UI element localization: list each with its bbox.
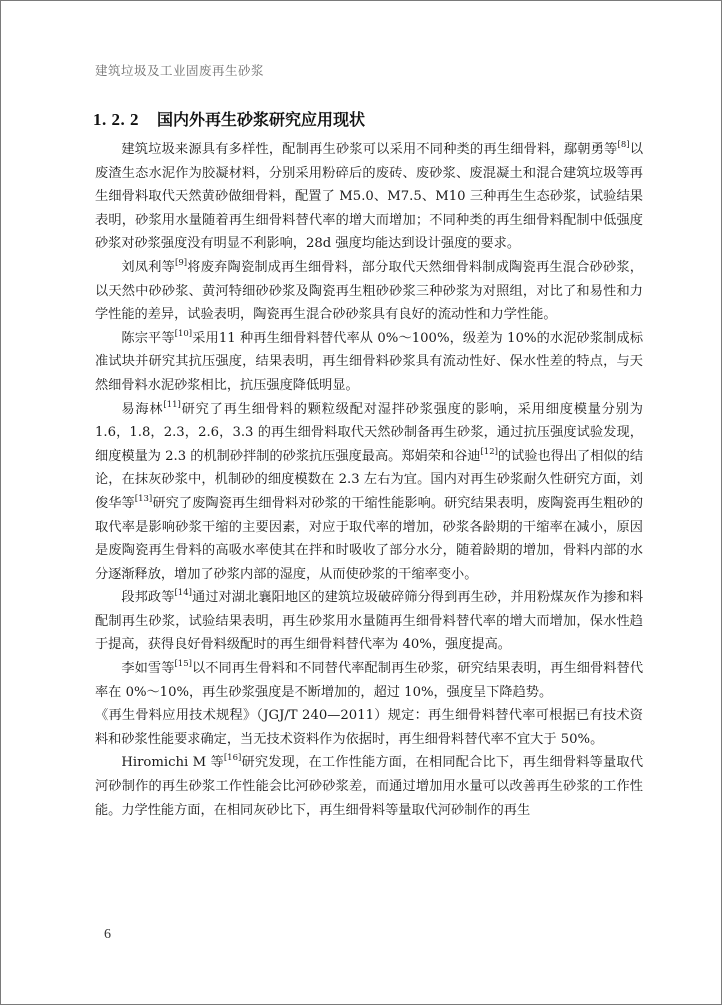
citation-ref: [9] [175, 258, 187, 268]
paragraph-3: 陈宗平等[10]采用11 种再生细骨料替代率从 0%～100%，级差为 10%的… [95, 327, 643, 398]
text-run: 研究了废陶瓷再生细骨料对砂浆的干缩性能影响。研究结果表明，废陶瓷再生粗砂的取代率… [95, 496, 643, 582]
citation-ref: [14] [174, 588, 191, 598]
text-run: 《再生骨料应用技术规程》（JGJ/T 240—2011）规定：再生细骨料替代率可… [95, 708, 643, 747]
paragraph-8: Hiromichi M 等[16]研究发现，在工作性能方面，在相同配合比下，再生… [95, 751, 643, 822]
text-run: Hiromichi M 等 [121, 755, 223, 770]
body-text: 建筑垃圾来源具有多样性，配制再生砂浆可以采用不同种类的再生细骨料，鄢朝勇等[8]… [95, 138, 643, 822]
text-run: 易海林 [121, 402, 163, 417]
paragraph-5: 段邦政等[14]通过对湖北襄阳地区的建筑垃圾破碎筛分得到再生砂，并用粉煤灰作为掺… [95, 586, 643, 657]
citation-ref: [8] [618, 140, 630, 150]
paragraph-standard-note: 《再生骨料应用技术规程》（JGJ/T 240—2011）规定：再生细骨料替代率可… [95, 704, 643, 751]
citation-ref: [13] [135, 494, 152, 504]
citation-ref: [10] [175, 329, 192, 339]
paragraph-2: 刘凤利等[9]将废弃陶瓷制成再生细骨料，部分取代天然细骨料制成陶瓷再生混合砂砂浆… [95, 256, 643, 327]
text-run: 采用11 种再生细骨料替代率从 0%～100%，级差为 10%的水泥砂浆制成标准… [95, 331, 643, 393]
text-run: 刘凤利等 [121, 260, 175, 275]
running-header: 建筑垃圾及工业固废再生砂浆 [95, 61, 264, 79]
citation-ref: [16] [224, 753, 241, 763]
text-run: 将废弃陶瓷制成再生细骨料，部分取代天然细骨料制成陶瓷再生混合砂砂浆，以天然中砂砂… [95, 260, 643, 322]
citation-ref: [15] [174, 659, 191, 669]
section-number: 1. 2. 2 [93, 110, 139, 129]
section-heading: 1. 2. 2国内外再生砂浆研究应用现状 [93, 107, 365, 130]
text-run: 以废渣生态水泥作为胶凝材料，分别采用粉碎后的废砖、废砂浆、废混凝土和混合建筑垃圾… [95, 142, 643, 251]
text-run: 陈宗平等 [121, 331, 174, 346]
text-run: 段邦政等 [121, 590, 174, 605]
section-title-text: 国内外再生砂浆研究应用现状 [157, 110, 365, 129]
paragraph-4: 易海林[11]研究了再生细骨料的颗粒级配对湿拌砂浆强度的影响，采用细度模量分别为… [95, 398, 643, 587]
citation-ref: [11] [163, 400, 180, 410]
page-number: 6 [104, 927, 111, 943]
paragraph-6: 李如雪等[15]以不同再生骨料和不同替代率配制再生砂浆，研究结果表明，再生细骨料… [95, 657, 643, 704]
text-run: 通过对湖北襄阳地区的建筑垃圾破碎筛分得到再生砂，并用粉煤灰作为掺和料配制再生砂浆… [95, 590, 643, 652]
paragraph-1: 建筑垃圾来源具有多样性，配制再生砂浆可以采用不同种类的再生细骨料，鄢朝勇等[8]… [95, 138, 643, 256]
text-run: 建筑垃圾来源具有多样性，配制再生砂浆可以采用不同种类的再生细骨料，鄢朝勇等 [121, 142, 617, 157]
citation-ref: [12] [480, 447, 497, 457]
text-run: 李如雪等 [121, 661, 174, 676]
document-page: 建筑垃圾及工业固废再生砂浆 1. 2. 2国内外再生砂浆研究应用现状 建筑垃圾来… [0, 0, 722, 1005]
